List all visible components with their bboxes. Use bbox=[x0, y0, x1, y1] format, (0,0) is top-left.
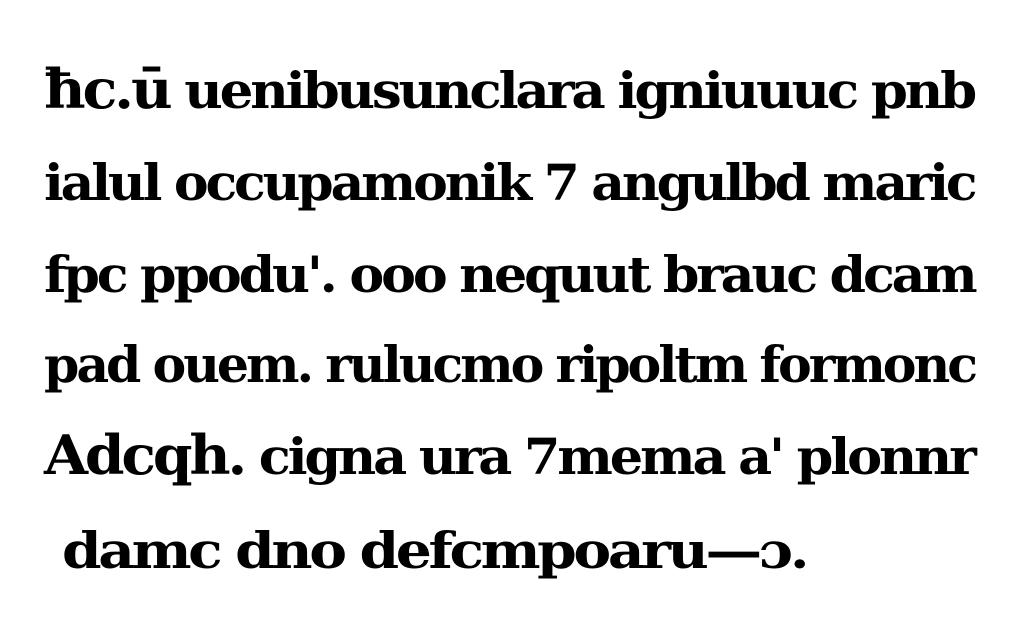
word: formonc bbox=[759, 340, 975, 390]
word: 7 bbox=[544, 158, 577, 208]
word: rulucmo bbox=[325, 340, 541, 390]
word: ooo bbox=[349, 250, 444, 300]
word: fpc bbox=[44, 250, 125, 300]
word: 7mema bbox=[524, 432, 723, 482]
word: ripoltm bbox=[555, 340, 745, 390]
word: defcmpoaru—ɔ. bbox=[360, 526, 807, 576]
manuscript-line-5: Adcqh.cignaura7memaa'plonnr bbox=[44, 428, 988, 482]
manuscript-line-2: ialuloccupamonik7angulbdmaric bbox=[44, 158, 989, 208]
manuscript-page: ħc.ūuenibusunclaraigniuuucpnb ialuloccup… bbox=[0, 0, 1018, 622]
word: dcam bbox=[830, 250, 975, 300]
manuscript-line-6: damcdnodefcmpoaru—ɔ. bbox=[62, 526, 822, 576]
word: damc bbox=[62, 526, 219, 576]
word: ura bbox=[419, 432, 509, 482]
word: uenibusunclara bbox=[184, 66, 602, 116]
manuscript-line-1: ħc.ūuenibusunclaraigniuuucpnb bbox=[44, 62, 989, 116]
word: ppodu'. bbox=[140, 250, 335, 300]
word: pad bbox=[44, 340, 138, 390]
word: a' bbox=[738, 432, 782, 482]
word: pnb bbox=[871, 66, 974, 116]
word: cigna bbox=[259, 432, 404, 482]
word: igniuuuc bbox=[617, 66, 856, 116]
word: brauc bbox=[663, 250, 815, 300]
word: occupamonik bbox=[174, 158, 529, 208]
word: dno bbox=[235, 526, 343, 576]
word: Adcqh. bbox=[44, 428, 244, 482]
word: ouem. bbox=[153, 340, 312, 390]
manuscript-line-4: padouem.rulucmoripoltmformonc bbox=[44, 340, 989, 390]
word: angulbd bbox=[591, 158, 808, 208]
manuscript-line-3: fpcppodu'.ooonequutbraucdcam bbox=[44, 250, 989, 300]
word: ħc.ū bbox=[44, 62, 169, 116]
word: maric bbox=[822, 158, 974, 208]
word: ialul bbox=[44, 158, 159, 208]
word: plonnr bbox=[797, 432, 974, 482]
word: nequut bbox=[459, 250, 648, 300]
